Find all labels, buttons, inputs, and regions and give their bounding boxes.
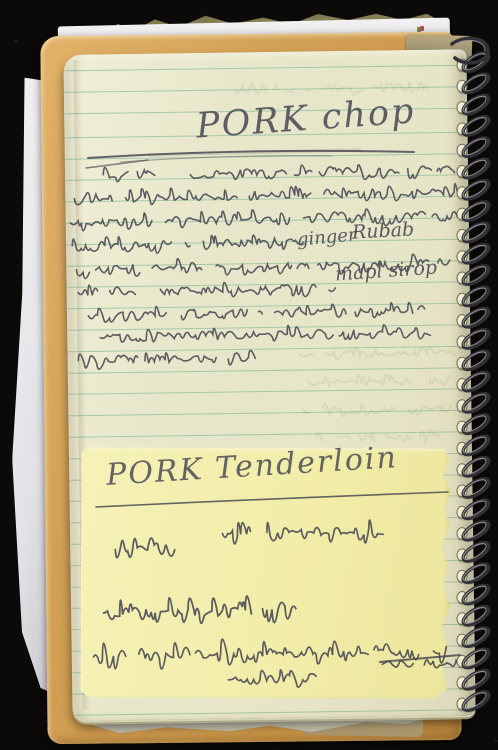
word-ginger: ginger — [296, 226, 357, 249]
dust-specks — [15, 40, 17, 42]
word-rhubarb: Rubab — [352, 220, 415, 242]
scanned-notebook-photo: Once the cookies are cool, PORK chop POR… — [0, 0, 498, 750]
red-paper-speck — [420, 26, 424, 31]
